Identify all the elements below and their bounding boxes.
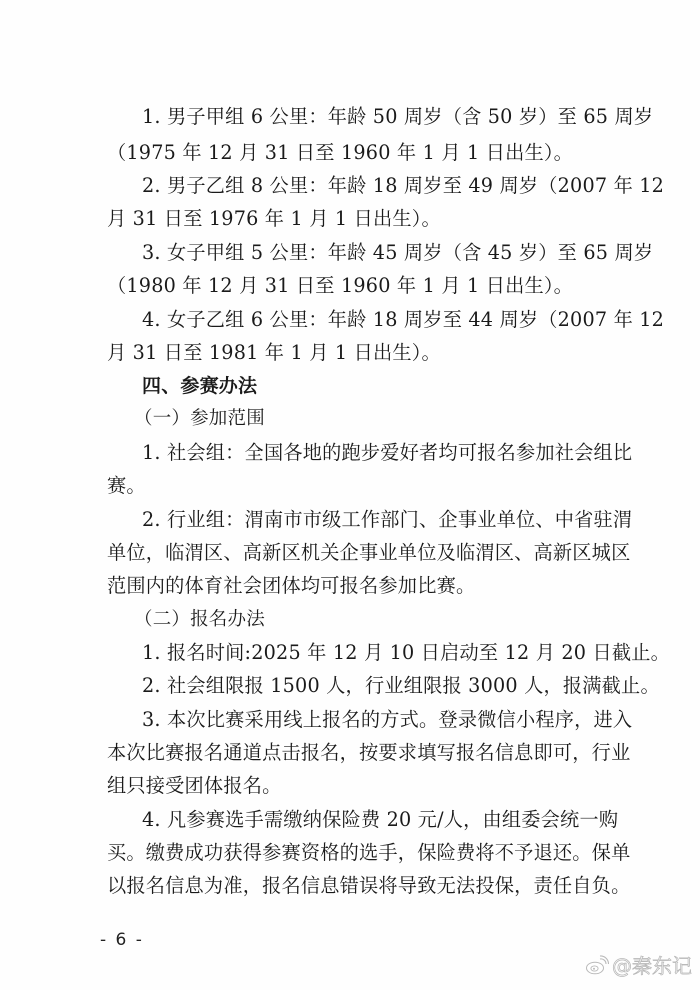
doc-line-social-group: 1. 社会组：全国各地的跑步爱好者均可报名参加社会组比: [142, 438, 589, 468]
watermark-text: @秦东记: [612, 950, 692, 979]
doc-line-female-group-a: 3. 女子甲组 5 公里：年龄 45 周岁（含 45 岁）至 65 周岁: [142, 238, 589, 268]
doc-line-insurance-fee: 4. 凡参赛选手需缴纳保险费 20 元/人，由组委会统一购: [142, 805, 589, 835]
subsection-heading-scope: （一）参加范围: [134, 404, 581, 434]
watermark: @秦东记: [585, 950, 692, 979]
doc-line-social-group-cont: 赛。: [107, 471, 589, 501]
doc-line-online-registration-cont1: 本次比赛报名通道点击报名，按要求填写报名信息即可，行业: [107, 738, 589, 768]
doc-line-online-registration-cont2: 组只接受团体报名。: [107, 771, 589, 801]
doc-line-online-registration: 3. 本次比赛采用线上报名的方式。登录微信小程序，进入: [142, 705, 589, 735]
doc-line-industry-group-cont2: 范围内的体育社会团体均可报名参加比赛。: [107, 571, 589, 601]
section-heading-participation: 四、参赛办法: [142, 371, 589, 401]
doc-line-male-group-a-dates: （1975 年 12 月 31 日至 1960 年 1 月 1 日出生）。: [107, 138, 589, 168]
weibo-icon: [585, 955, 609, 975]
doc-line-female-group-b: 4. 女子乙组 6 公里：年龄 18 周岁至 44 周岁（2007 年 12: [142, 305, 589, 335]
doc-line-female-group-b-dates: 月 31 日至 1981 年 1 月 1 日出生）。: [107, 338, 589, 368]
doc-line-industry-group: 2. 行业组：渭南市市级工作部门、企事业单位、中省驻渭: [142, 505, 589, 535]
doc-line-male-group-a: 1. 男子甲组 6 公里：年龄 50 周岁（含 50 岁）至 65 周岁: [142, 102, 589, 132]
doc-line-registration-time: 1. 报名时间:2025 年 12 月 10 日启动至 12 月 20 日截止。: [142, 638, 589, 668]
page-number: - 6 -: [100, 930, 144, 950]
doc-line-insurance-fee-cont2: 以报名信息为准，报名信息错误将导致无法投保，责任自负。: [107, 871, 589, 901]
doc-line-insurance-fee-cont1: 买。缴费成功获得参赛资格的选手，保险费将不予退还。保单: [107, 838, 589, 868]
subsection-heading-registration: （二）报名办法: [134, 605, 581, 635]
doc-line-male-group-b: 2. 男子乙组 8 公里：年龄 18 周岁至 49 周岁（2007 年 12: [142, 171, 589, 201]
doc-line-industry-group-cont1: 单位，临渭区、高新区机关企事业单位及临渭区、高新区城区: [107, 538, 589, 568]
doc-line-female-group-a-dates: （1980 年 12 月 31 日至 1960 年 1 月 1 日出生）。: [107, 271, 589, 301]
doc-line-male-group-b-dates: 月 31 日至 1976 年 1 月 1 日出生）。: [107, 204, 589, 234]
doc-line-registration-limit: 2. 社会组限报 1500 人，行业组限报 3000 人，报满截止。: [142, 671, 589, 701]
document-page: 1. 男子甲组 6 公里：年龄 50 周岁（含 50 岁）至 65 周岁 （19…: [0, 0, 700, 990]
